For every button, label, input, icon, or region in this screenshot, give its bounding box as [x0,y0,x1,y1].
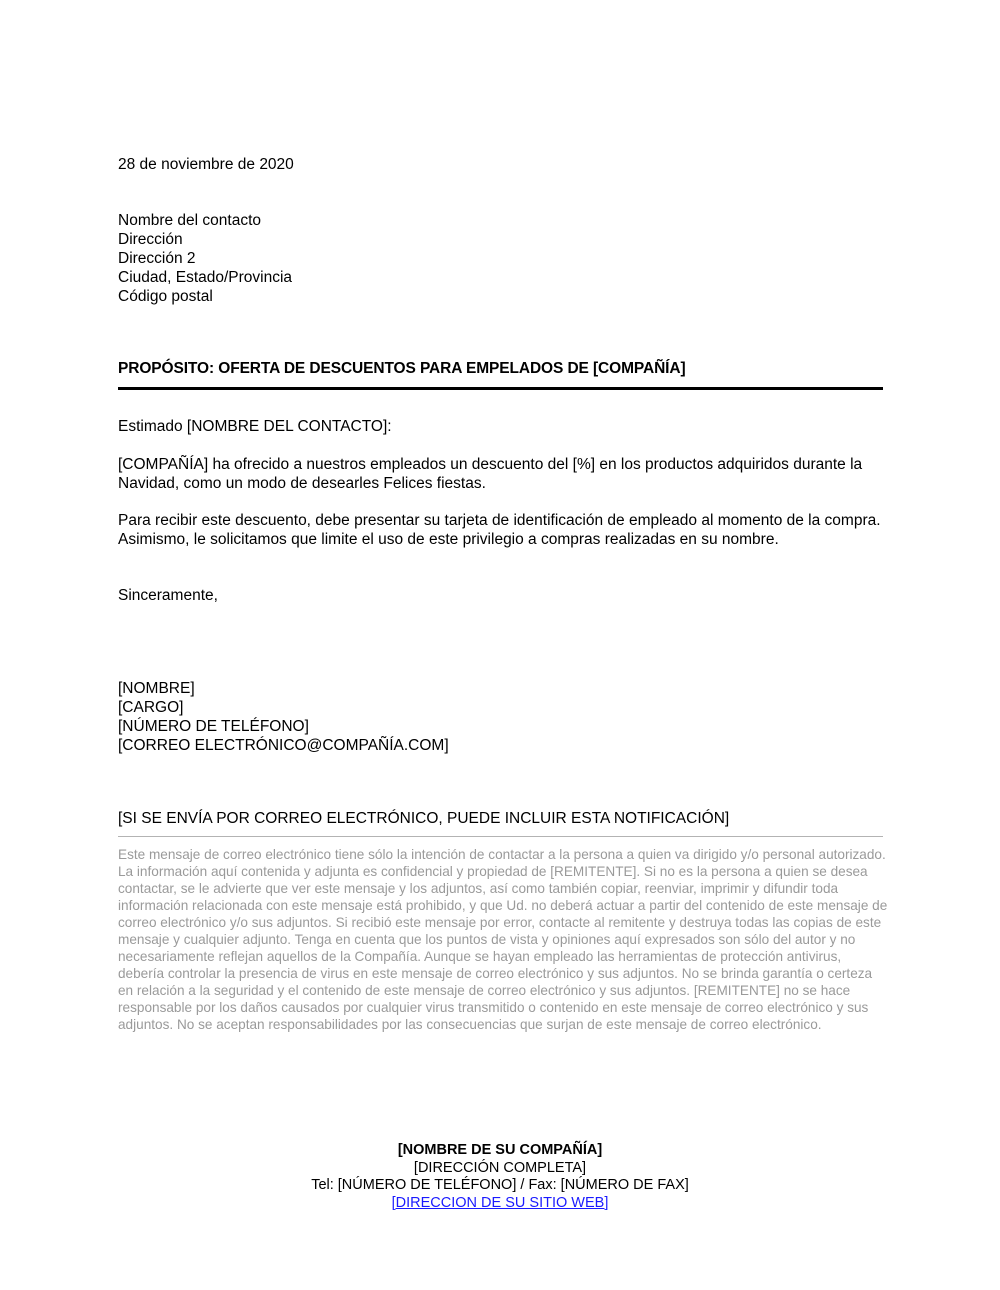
address-line: Ciudad, Estado/Provincia [118,268,292,287]
footer-contact: Tel: [NÚMERO DE TELÉFONO] / Fax: [NÚMERO… [0,1177,1000,1195]
address-line: Dirección [118,230,292,249]
heading-divider [118,387,883,390]
body-paragraph: [COMPAÑÍA] ha ofrecido a nuestros emplea… [118,455,888,493]
footer-website-link[interactable]: [DIRECCION DE SU SITIO WEB] [392,1195,609,1211]
recipient-address: Nombre del contacto Dirección Dirección … [118,211,292,306]
footer-company-name: [NOMBRE DE SU COMPAÑÍA] [0,1142,1000,1160]
signature-name: [NOMBRE] [118,679,449,698]
address-line: Dirección 2 [118,249,292,268]
signature-email: [CORREO ELECTRÓNICO@COMPAÑÍA.COM] [118,736,449,755]
signature-phone: [NÚMERO DE TELÉFONO] [118,717,449,736]
address-line: Código postal [118,287,292,306]
signature-title: [CARGO] [118,698,449,717]
email-notice-title: [SI SE ENVÍA POR CORREO ELECTRÓNICO, PUE… [118,810,729,828]
purpose-heading: PROPÓSITO: OFERTA DE DESCUENTOS PARA EMP… [118,360,686,378]
email-disclaimer: Este mensaje de correo electrónico tiene… [118,846,888,1033]
body-paragraph: Para recibir este descuento, debe presen… [118,511,898,549]
signature-block: [NOMBRE] [CARGO] [NÚMERO DE TELÉFONO] [C… [118,679,449,755]
address-line: Nombre del contacto [118,211,292,230]
notice-divider [118,836,883,837]
company-footer: [NOMBRE DE SU COMPAÑÍA] [DIRECCIÓN COMPL… [0,1142,1000,1212]
footer-address: [DIRECCIÓN COMPLETA] [0,1160,1000,1178]
salutation: Estimado [NOMBRE DEL CONTACTO]: [118,417,392,436]
closing: Sinceramente, [118,586,218,605]
letter-date: 28 de noviembre de 2020 [118,155,294,174]
